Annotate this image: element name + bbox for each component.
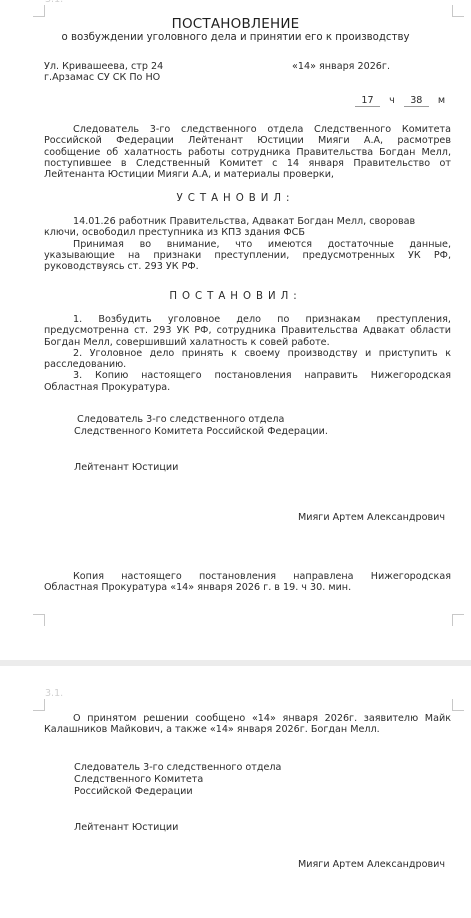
text-line: Лейтенанта Юстиции Мияги А.А, и материал… <box>44 169 451 180</box>
page-label: 3.1. <box>45 688 63 699</box>
address-line-2: г.Арзамас СУ СК По НО <box>44 72 160 83</box>
signature-position-line-2: Следственного Комитета Российской Федера… <box>74 426 328 437</box>
text-line: расследованию. <box>44 359 451 370</box>
signature-position-line-2: Следственного Комитета <box>74 774 203 785</box>
document-time: 17 ч 38 м <box>355 95 445 107</box>
text-line: руководствуясь ст. 293 УК РФ. <box>44 261 451 272</box>
address-line-1: Ул. Кривашеева, стр 24 <box>44 61 163 72</box>
resolved-paragraph: 1. Возбудить уголовное дело по признакам… <box>44 314 451 393</box>
text-line: О принятом решении сообщено «14» января … <box>44 713 451 724</box>
time-hours: 17 <box>355 95 380 107</box>
page-corner-mark <box>33 699 45 711</box>
copy-note-paragraph: Копия настоящего постановления направлен… <box>44 571 451 594</box>
text-line: Принимая во внимание, что имеются достат… <box>44 239 451 250</box>
time-hours-unit: ч <box>389 95 395 106</box>
established-paragraph: 14.01.26 работник Правительства, Адвакат… <box>44 216 451 272</box>
document-subtitle: о возбуждении уголовного дела и принятии… <box>0 32 471 43</box>
signature-rank: Лейтенант Юстиции <box>74 822 178 833</box>
text-line: 2. Уголовное дело принять к своему произ… <box>44 348 451 359</box>
document-page-1: 3.1. ПОСТАНОВЛЕНИЕ о возбуждении уголовн… <box>0 0 471 660</box>
intro-paragraph: Следователь 3-го следственного отдела Сл… <box>44 124 451 180</box>
text-line: сообщение об халатность работы сотрудник… <box>44 147 451 158</box>
text-line: указывающие на признаки преступлении, пр… <box>44 250 451 261</box>
time-minutes: 38 <box>404 95 429 107</box>
notice-paragraph: О принятом решении сообщено «14» января … <box>44 713 451 736</box>
page-corner-mark <box>452 699 464 711</box>
signature-name: Мияги Артем Александрович <box>298 512 445 523</box>
text-line: Российской Федерации Лейтенант Юстиции М… <box>44 135 451 146</box>
signature-rank: Лейтенант Юстиции <box>74 462 178 473</box>
text-line: Областная Прокуратура «14» января 2026 г… <box>44 582 451 593</box>
page-corner-mark <box>452 614 464 626</box>
signature-position-line-3: Российской Федерации <box>74 786 193 797</box>
document-date: «14» января 2026г. <box>292 61 390 72</box>
text-line: Копия настоящего постановления направлен… <box>44 571 451 582</box>
text-line: ключи, освободил преступника из КПЗ здан… <box>44 227 451 238</box>
page-corner-mark <box>33 614 45 626</box>
text-line: 14.01.26 работник Правительства, Адвакат… <box>44 216 451 227</box>
resolved-heading: ПОСТАНОВИЛ: <box>0 291 471 302</box>
text-line: Следователь 3-го следственного отдела Сл… <box>44 124 451 135</box>
time-minutes-unit: м <box>438 95 445 106</box>
signature-position-line-1: Следователь 3-го следственного отдела <box>77 414 284 425</box>
document-title: ПОСТАНОВЛЕНИЕ <box>0 16 471 32</box>
text-line: Калашников Майкович, а также «14» января… <box>44 724 451 735</box>
text-line: Богдан Мелл, совершивший халатность к со… <box>44 337 451 348</box>
established-heading: УСТАНОВИЛ: <box>0 193 471 204</box>
page-label: 3.1. <box>45 0 63 5</box>
signature-name: Мияги Артем Александрович <box>298 859 445 870</box>
text-line: 3. Копию настоящего постановления направ… <box>44 370 451 381</box>
text-line: предусмотренна ст. 293 УК РФ, сотрудника… <box>44 325 451 336</box>
text-line: Областная Прокуратура. <box>44 382 451 393</box>
text-line: 1. Возбудить уголовное дело по признакам… <box>44 314 451 325</box>
text-line: поступившее в Следственный Комитет с 14 … <box>44 158 451 169</box>
document-page-2: 3.1. О принятом решении сообщено «14» ян… <box>0 666 471 918</box>
signature-position-line-1: Следователь 3-го следственного отдела <box>74 762 281 773</box>
